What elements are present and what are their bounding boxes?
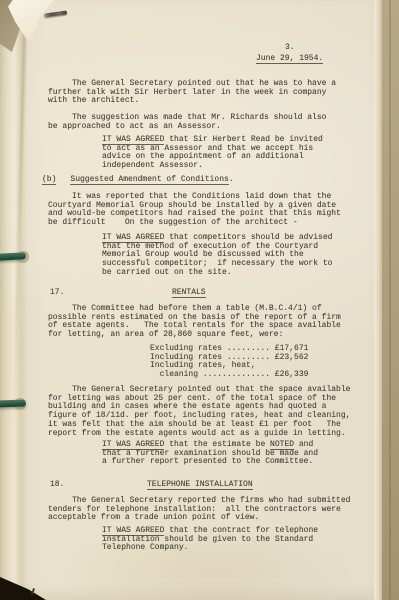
- heading-rentals: RENTALS: [172, 289, 206, 298]
- resolution-conditions: IT WAS AGREED that competitors should be…: [102, 234, 332, 278]
- rent-table: Excluding rates ......... £17,671 Includ…: [150, 345, 308, 380]
- page-stack-edge: [374, 0, 382, 600]
- page-crease-shadow: [12, 0, 27, 440]
- paragraph-suggestion: The suggestion was made that Mr. Richard…: [48, 114, 326, 131]
- date-line: June 29, 1954.: [256, 55, 323, 64]
- paragraph-rentals: The Committee had before them a table (M…: [48, 305, 341, 340]
- page-number: 3.: [285, 44, 295, 53]
- resolution-assessor: IT WAS AGREED that Sir Herbert Read be i…: [102, 136, 323, 171]
- table-row: cleaning .............. £26,339: [150, 371, 308, 380]
- paragraph-space-available: The General Secretary pointed out that t…: [48, 386, 350, 438]
- paragraph-intro: The General Secretary pointed out that h…: [48, 80, 336, 106]
- binding-thread-lower-icon: [0, 399, 26, 407]
- resolution-rentals: IT WAS AGREED that the estimate be NOTED…: [102, 441, 318, 467]
- heading-amendment-of-conditions: (b)Suggested Amendment of Conditions.: [42, 176, 234, 185]
- book-cover-edge-line: [389, 0, 391, 600]
- paragraph-telephone: The General Secretary reported the firms…: [48, 497, 350, 523]
- paragraph-conditions: It was reported that the Conditions laid…: [48, 193, 341, 228]
- item-18-number: 18.: [50, 481, 64, 490]
- document-page: 3. June 29, 1954. The General Secretary …: [0, 0, 381, 600]
- item-17-number: 17.: [50, 289, 64, 298]
- resolution-telephone: IT WAS AGREED that the contract for tele…: [102, 527, 318, 553]
- heading-telephone-installation: TELEPHONE INSTALLATION: [147, 481, 253, 490]
- scanned-minutes-photo: 3. June 29, 1954. The General Secretary …: [0, 0, 399, 600]
